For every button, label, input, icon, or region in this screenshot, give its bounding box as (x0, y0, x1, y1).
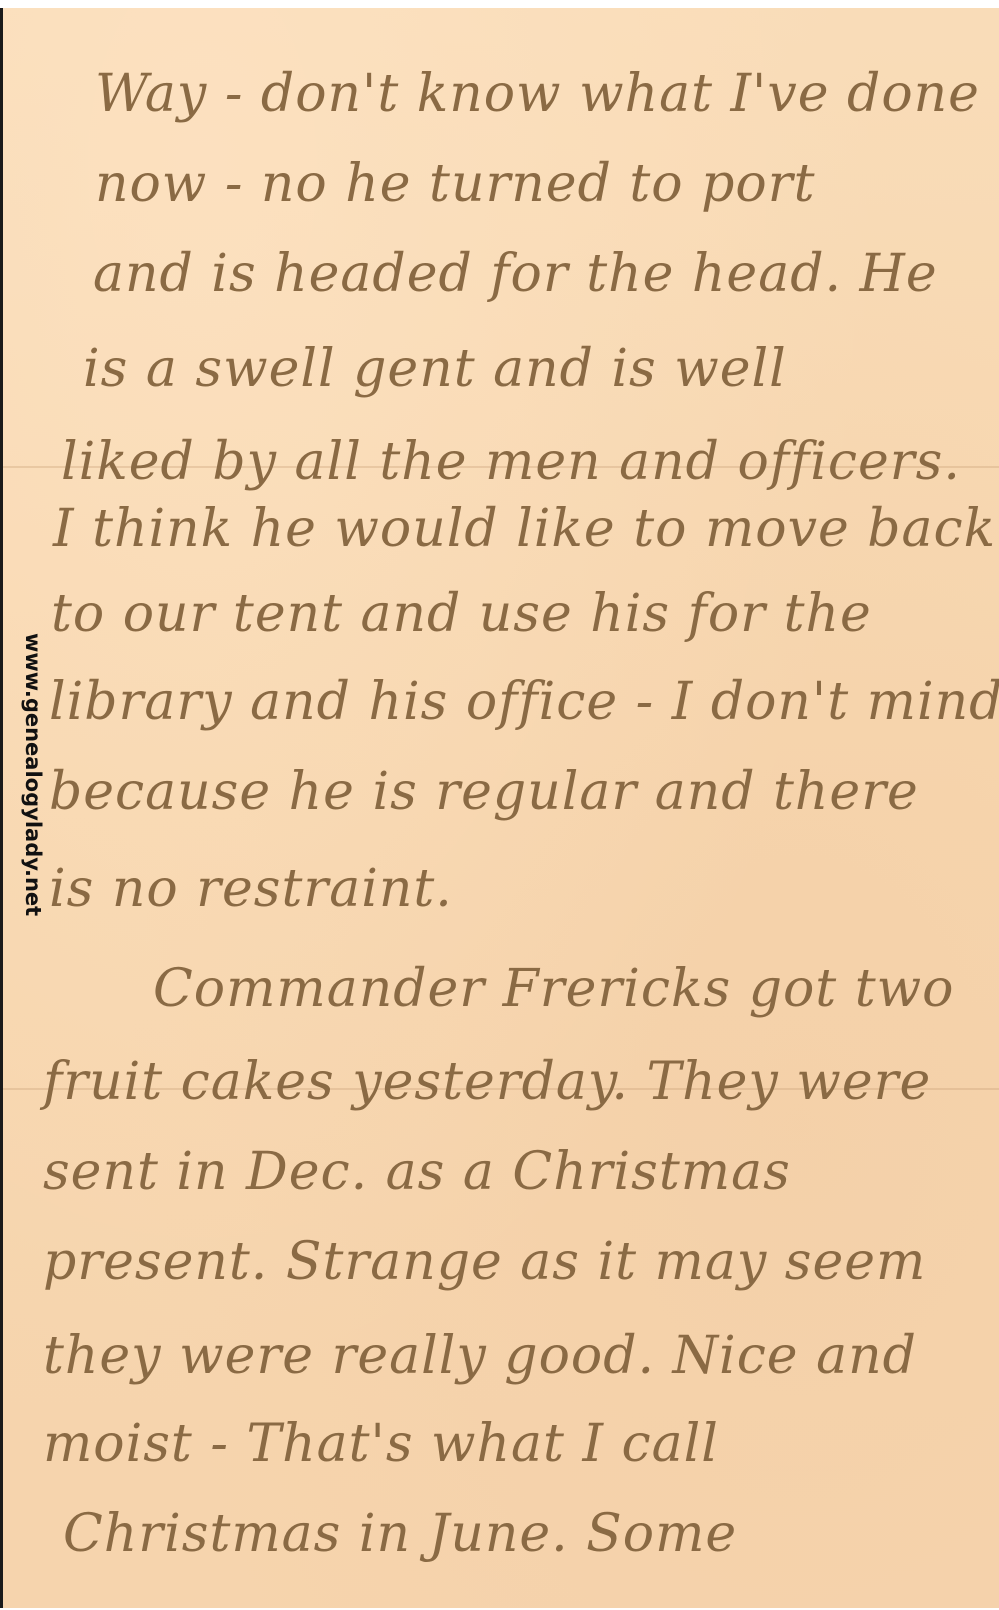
watermark-text: www.genealogylady.net (21, 633, 45, 993)
letter-line: Way - don't know what I've done (95, 68, 980, 120)
letter-line: Commander Frericks got two (153, 963, 954, 1015)
letter-line: because he is regular and there (49, 766, 919, 818)
letter-line: to our tent and use his for the (51, 588, 872, 640)
letter-line: present. Strange as it may seem (43, 1236, 926, 1288)
letter-line: library and his office - I don't mind (49, 676, 999, 728)
letter-line: moist - That's what I call (43, 1418, 719, 1470)
letter-line: is no restraint. (49, 863, 453, 915)
letter-line: liked by all the men and officers. (61, 436, 961, 488)
letter-line: now - no he turned to port (95, 158, 815, 210)
letter-line: sent in Dec. as a Christmas (43, 1146, 791, 1198)
letter-line: Christmas in June. Some (63, 1508, 737, 1560)
letter-line: and is headed for the head. He (93, 248, 938, 300)
letter-line: fruit cakes yesterday. They were (43, 1056, 931, 1108)
letter-page: Way - don't know what I've done now - no… (0, 8, 999, 1608)
letter-line: is a swell gent and is well (83, 343, 787, 395)
letter-line: I think he would like to move back (53, 503, 996, 555)
letter-line: they were really good. Nice and (43, 1330, 917, 1382)
